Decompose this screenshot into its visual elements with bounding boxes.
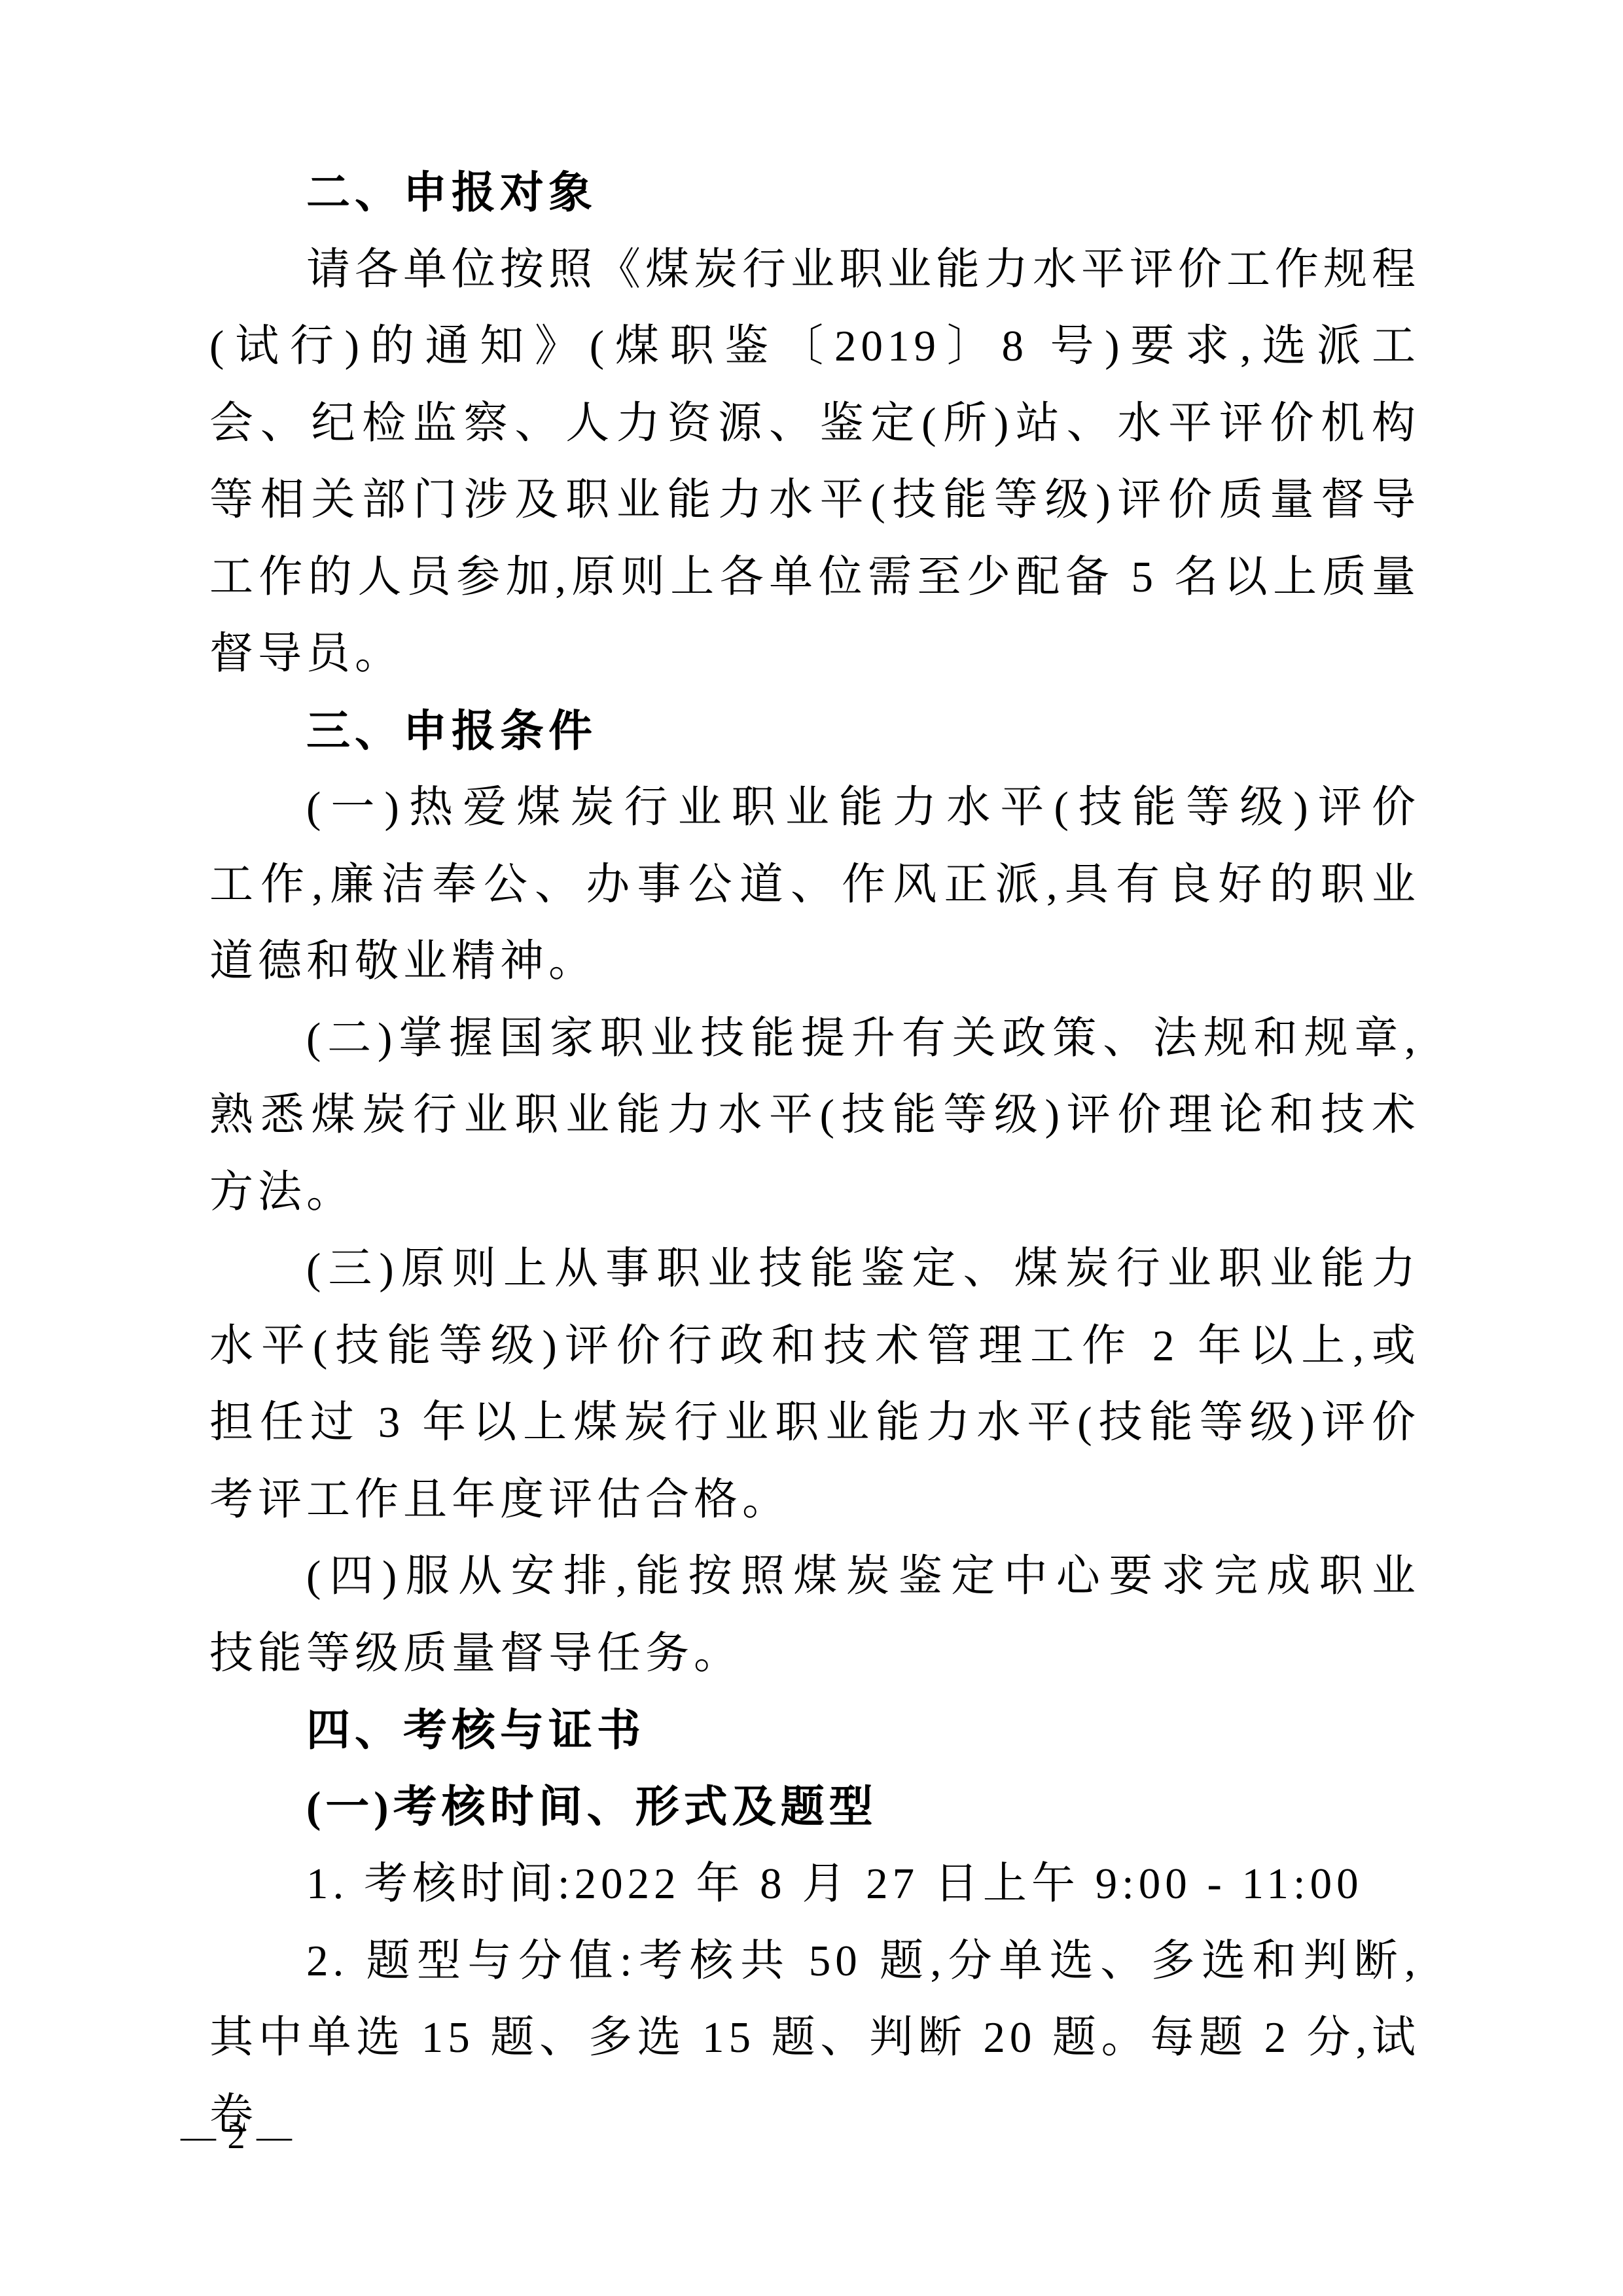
text-line: 等相关部门涉及职业能力水平(技能等级)评价质量督导 <box>209 462 1420 539</box>
text-line: 会、纪检监察、人力资源、鉴定(所)站、水平评价机构 <box>209 385 1420 463</box>
paragraph: (四)服从安排,能按照煤炭鉴定中心要求完成职业技能等级质量督导任务。 <box>209 1538 1420 1692</box>
text-line: 工作的人员参加,原则上各单位需至少配备 5 名以上质量 <box>209 539 1420 616</box>
text-line: 二、申报对象 <box>209 154 1420 232</box>
text-line: 四、考核与证书 <box>209 1692 1420 1769</box>
text-line: 考评工作且年度评估合格。 <box>209 1462 1420 1539</box>
text-line: (二)掌握国家职业技能提升有关政策、法规和规章, <box>209 1000 1420 1078</box>
page-footer: — 2 — <box>181 2115 293 2158</box>
text-line: 担任过 3 年以上煤炭行业职业能力水平(技能等级)评价 <box>209 1385 1420 1462</box>
text-line: 其中单选 15 题、多选 15 题、判断 20 题。每题 2 分,试卷 <box>209 2000 1420 2153</box>
text-line: 工作,廉洁奉公、办事公道、作风正派,具有良好的职业 <box>209 847 1420 924</box>
text-line: 技能等级质量督导任务。 <box>209 1616 1420 1693</box>
document-page: 二、申报对象请各单位按照《煤炭行业职业能力水平评价工作规程(试行)的通知》(煤职… <box>0 0 1623 2296</box>
text-line: 请各单位按照《煤炭行业职业能力水平评价工作规程 <box>209 232 1420 309</box>
text-line: 方法。 <box>209 1154 1420 1231</box>
text-line: 1. 考核时间:2022 年 8 月 27 日上午 9:00 - 11:00 <box>209 1846 1420 1923</box>
paragraph: 2. 题型与分值:考核共 50 题,分单选、多选和判断,其中单选 15 题、多选… <box>209 1923 1420 2154</box>
text-line: (一)热爱煤炭行业职业能力水平(技能等级)评价 <box>209 769 1420 847</box>
text-line: (三)原则上从事职业技能鉴定、煤炭行业职业能力 <box>209 1231 1420 1308</box>
section-heading: 二、申报对象 <box>209 154 1420 232</box>
paragraph: (一)热爱煤炭行业职业能力水平(技能等级)评价工作,廉洁奉公、办事公道、作风正派… <box>209 769 1420 1000</box>
text-line: (试行)的通知》(煤职鉴〔2019〕8 号)要求,选派工 <box>209 308 1420 385</box>
paragraph: 1. 考核时间:2022 年 8 月 27 日上午 9:00 - 11:00 <box>209 1846 1420 1923</box>
page-number: — 2 — <box>181 2117 293 2156</box>
text-line: 熟悉煤炭行业职业能力水平(技能等级)评价理论和技术 <box>209 1077 1420 1154</box>
paragraph: 请各单位按照《煤炭行业职业能力水平评价工作规程(试行)的通知》(煤职鉴〔2019… <box>209 232 1420 693</box>
paragraph: (三)原则上从事职业技能鉴定、煤炭行业职业能力水平(技能等级)评价行政和技术管理… <box>209 1231 1420 1538</box>
text-line: (四)服从安排,能按照煤炭鉴定中心要求完成职业 <box>209 1538 1420 1616</box>
text-line: 三、申报条件 <box>209 693 1420 770</box>
sub-heading: (一)考核时间、形式及题型 <box>209 1769 1420 1846</box>
text-line: 2. 题型与分值:考核共 50 题,分单选、多选和判断, <box>209 1923 1420 2000</box>
text-line: 督导员。 <box>209 616 1420 693</box>
text-line: 道德和敬业精神。 <box>209 923 1420 1000</box>
text-line: 水平(技能等级)评价行政和技术管理工作 2 年以上,或 <box>209 1308 1420 1385</box>
paragraph: (二)掌握国家职业技能提升有关政策、法规和规章,熟悉煤炭行业职业能力水平(技能等… <box>209 1000 1420 1231</box>
document-body: 二、申报对象请各单位按照《煤炭行业职业能力水平评价工作规程(试行)的通知》(煤职… <box>209 154 1420 2153</box>
section-heading: 三、申报条件 <box>209 693 1420 770</box>
text-line: (一)考核时间、形式及题型 <box>209 1769 1420 1846</box>
section-heading: 四、考核与证书 <box>209 1692 1420 1769</box>
